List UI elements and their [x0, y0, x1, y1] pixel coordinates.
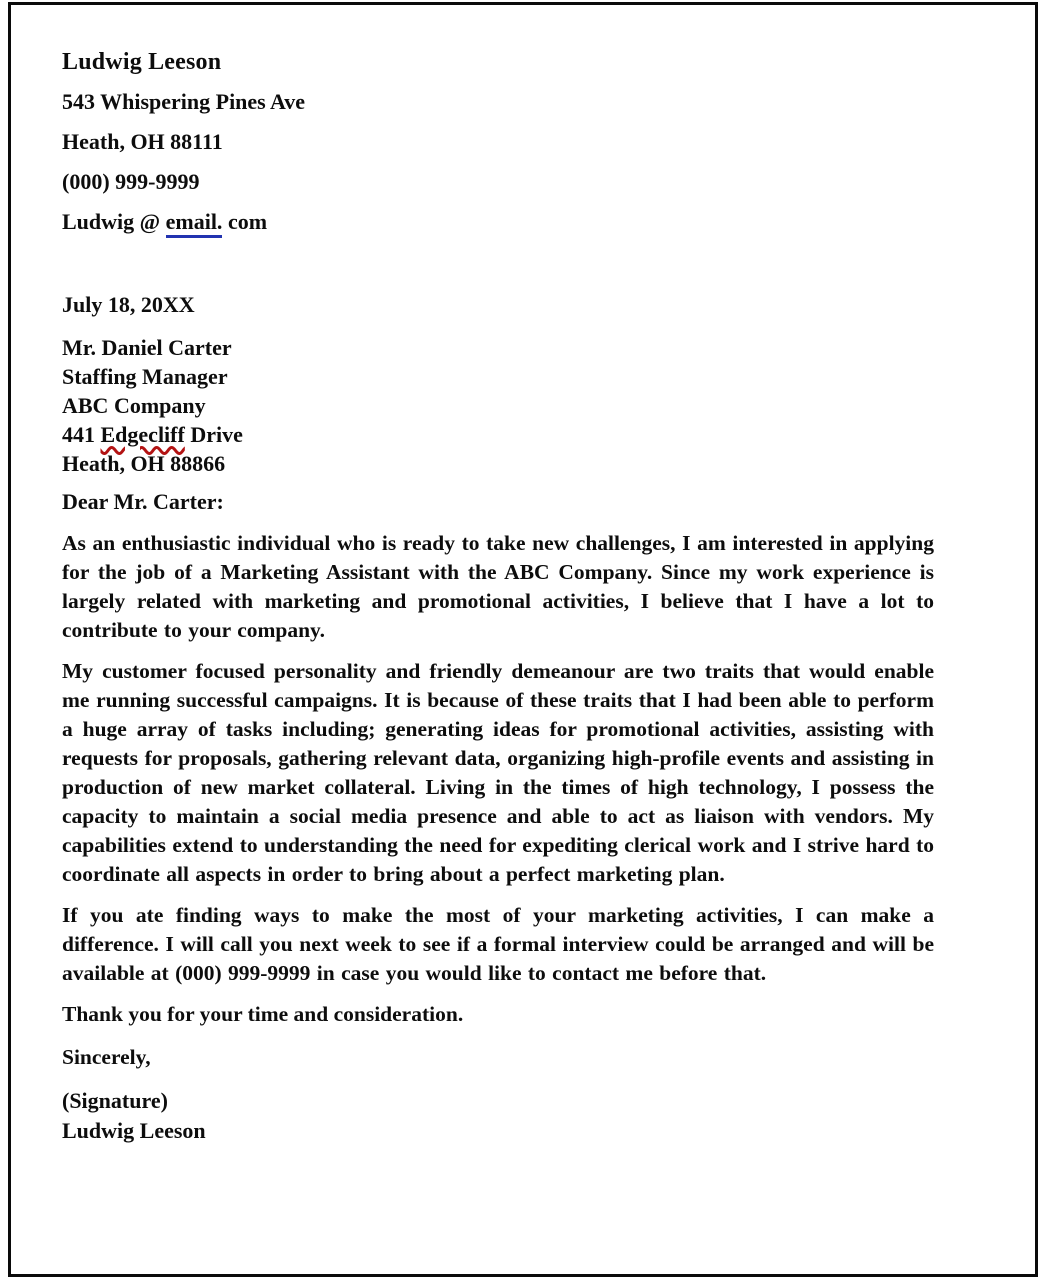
recipient-job-title: Staffing Manager	[62, 362, 934, 391]
letter-date: July 18, 20XX	[62, 290, 934, 319]
recipient-street-line: 441 Edgecliff Drive	[62, 420, 934, 449]
sender-email-line: Ludwig @ email. com	[62, 210, 934, 234]
signature-name: Ludwig Leeson	[62, 1116, 934, 1146]
letter-page: { "letter": { "sender": { "name": "Ludwi…	[0, 0, 1039, 1279]
thanks-line: Thank you for your time and consideratio…	[62, 1000, 934, 1029]
body-paragraph-1: As an enthusiastic individual who is rea…	[62, 529, 934, 645]
cover-letter: Ludwig Leeson 543 Whispering Pines Ave H…	[11, 5, 1034, 1274]
recipient-company: ABC Company	[62, 391, 934, 420]
body-paragraph-3: If you ate finding ways to make the most…	[62, 901, 934, 988]
sender-address: 543 Whispering Pines Ave	[62, 90, 934, 114]
salutation: Dear Mr. Carter:	[62, 487, 934, 516]
email-hyperlink[interactable]: email.	[166, 209, 223, 238]
sender-phone: (000) 999-9999	[62, 170, 934, 194]
sender-name: Ludwig Leeson	[62, 49, 934, 75]
signature-block: (Signature) Ludwig Leeson	[62, 1086, 934, 1146]
recipient-city-state-zip: Heath, OH 88866	[62, 449, 934, 478]
recipient-name: Mr. Daniel Carter	[62, 333, 934, 362]
valediction: Sincerely,	[62, 1043, 934, 1072]
sender-email-prefix: Ludwig @	[62, 209, 160, 234]
recipient-street-misspelled-word: Edgecliff	[101, 422, 185, 447]
recipient-street-number: 441	[62, 422, 95, 447]
sender-email-suffix: com	[228, 209, 267, 234]
body-paragraph-2: My customer focused personality and frie…	[62, 657, 934, 889]
sender-city-state-zip: Heath, OH 88111	[62, 130, 934, 154]
signature-placeholder: (Signature)	[62, 1086, 934, 1116]
recipient-street-rest: Drive	[190, 422, 243, 447]
